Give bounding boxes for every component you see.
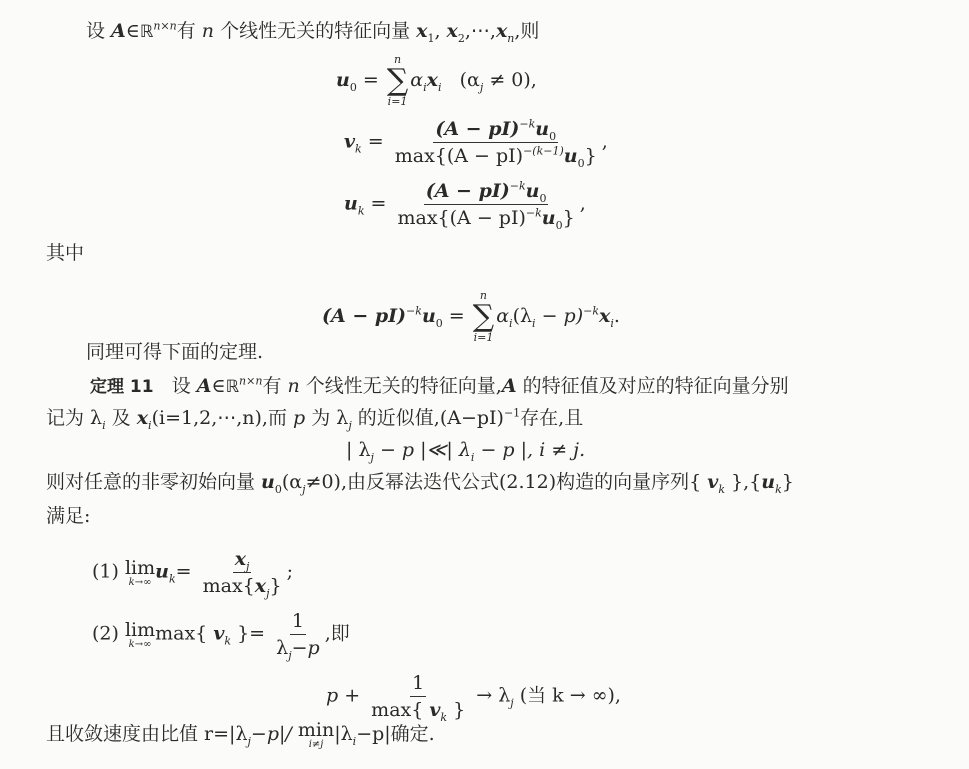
text: ≠0),由反幂法迭代公式(2.12)构造的向量序列{ [306, 471, 708, 493]
text: 设 [172, 375, 197, 397]
theorem-line-2: 记为 λi 及 xi(i=1,2,⋯,n),而 p 为 λj 的近似值,(A−p… [46, 406, 583, 430]
var-n: n [202, 20, 214, 42]
vec-u: u [761, 471, 775, 493]
equation-u0: u0 = n∑i=1αixi (αj ≠ 0), [336, 54, 537, 108]
text: − p) [536, 305, 584, 327]
numerator: (A − pI)−ku0 [433, 118, 558, 143]
equals: = [357, 69, 385, 91]
text: − p |≪| λ [374, 439, 471, 461]
in-symbol: ∈ [126, 20, 140, 42]
vec-x: x [137, 407, 148, 429]
text: −p [292, 637, 320, 659]
equals: = [443, 305, 471, 327]
vec-u: u [344, 193, 358, 215]
theorem-line-1: 定理 11 设 A∈ℝn×n有 n 个线性无关的特征向量,A 的特征值及对应的特… [90, 374, 789, 399]
arrow: → λ [470, 685, 510, 707]
vec-u: u [155, 561, 169, 583]
vec-x: x [427, 69, 438, 91]
theorem-condition: | λj − p |≪| λi − p |, i ≠ j. [346, 438, 585, 462]
denominator: λj−p [274, 635, 322, 659]
vec-u: u [535, 118, 549, 140]
limit: limk→∞ [125, 558, 155, 588]
vec-x: x [416, 20, 427, 42]
vec-x: x [599, 305, 610, 327]
text: max{(A − pI) [395, 145, 523, 167]
matrix-A: A [502, 375, 517, 397]
text: 有 [262, 375, 287, 397]
text: 为 λ [305, 407, 348, 429]
theorem-line-4: 满足: [46, 504, 90, 528]
vec-x: x [447, 20, 458, 42]
denominator: max{(A − pI)−(k−1)u0} [393, 143, 599, 167]
intro-line: 设 A∈ℝn×n有 n 个线性无关的特征向量 x1, x2,⋯,xn,则 [86, 19, 539, 44]
punct: ; [287, 561, 293, 583]
text: −p|/ [251, 723, 292, 745]
vec-u: u [526, 180, 540, 202]
sub: 0 [436, 317, 443, 330]
item-label: (2) [92, 623, 125, 645]
text: 及 [106, 407, 137, 429]
sub: j [246, 560, 249, 573]
text: } [270, 575, 282, 597]
text: max{ [371, 699, 429, 721]
text: |λ [334, 723, 352, 745]
lim-word: lim [125, 620, 155, 640]
sub: 0 [578, 157, 585, 170]
fraction: 1 λj−p [274, 610, 322, 659]
fraction: (A − pI)−ku0 max{(A − pI)−(k−1)u0} [393, 118, 599, 167]
min-operator: mini≠j [298, 720, 334, 750]
vec-v: v [429, 699, 440, 721]
var-p: p [293, 407, 305, 429]
sub: k [358, 204, 365, 217]
punct: . [614, 305, 620, 327]
vec-u: u [336, 69, 350, 91]
text: } [585, 145, 597, 167]
reals-symbol: ℝ [140, 22, 153, 42]
sum-lower: i=1 [474, 332, 494, 344]
sub: k [775, 483, 782, 496]
alpha: α [410, 69, 423, 91]
text: λ [276, 637, 288, 659]
equals: = [365, 193, 393, 215]
fraction: xj max{xj} [201, 548, 284, 597]
denominator: max{xj} [201, 573, 284, 597]
document-page: 设 A∈ℝn×n有 n 个线性无关的特征向量 x1, x2,⋯,xn,则 u0 … [0, 0, 969, 769]
item-label: (1) [92, 561, 125, 583]
sup: −(k−1) [523, 145, 564, 158]
text: 个线性无关的特征向量 [214, 20, 416, 42]
sup: −k [583, 305, 599, 318]
sub: 2 [458, 32, 465, 45]
in-symbol: ∈ [212, 375, 226, 397]
text: 记为 λ [46, 407, 102, 429]
sum-lower: i=1 [388, 96, 408, 108]
text: max{(A − pI) [398, 207, 526, 229]
sigma-symbol: ∑ [473, 302, 494, 332]
fraction: 1 max{ vk } [369, 672, 467, 721]
text: },{ [725, 471, 761, 493]
min-sub: i≠j [309, 740, 324, 750]
numerator: 1 [290, 610, 306, 635]
text: 且收敛速度由比值 r=|λ [46, 723, 248, 745]
text: } [447, 699, 465, 721]
var-p: p [326, 685, 338, 707]
sup: −1 [504, 407, 520, 420]
sup: −k [510, 180, 526, 193]
text: (λ [513, 305, 532, 327]
vec-v: v [344, 131, 355, 153]
text: 个线性无关的特征向量, [300, 375, 502, 397]
sub: 0 [275, 483, 282, 496]
vec-v: v [213, 623, 224, 645]
vec-u: u [422, 305, 436, 327]
var-n: n [287, 375, 299, 397]
equation-expand: (A − pI)−ku0 = n∑i=1αi(λi − p)−kxi. [322, 290, 620, 344]
text: 的近似值,(A−pI) [352, 407, 504, 429]
denominator: max{(A − pI)−ku0} [396, 205, 577, 229]
numerator: 1 [410, 672, 426, 697]
text: (A − pI) [435, 118, 519, 140]
summation: n∑i=1 [387, 54, 408, 108]
sub: 0 [539, 192, 546, 205]
text: | λ [346, 439, 370, 461]
plus: + [338, 685, 366, 707]
text: − p |, i ≠ j. [474, 439, 585, 461]
numerator: xj [233, 548, 252, 573]
condition: (当 k → ∞), [514, 685, 621, 707]
matrix-A: A [111, 20, 126, 42]
text: 设 [86, 20, 111, 42]
text: (α [282, 471, 302, 493]
punct: , [580, 193, 586, 215]
condition: (α [460, 69, 480, 91]
vec-u: u [542, 207, 556, 229]
alpha: α [496, 305, 509, 327]
condition: ≠ 0), [483, 69, 537, 91]
vec-x: x [235, 548, 246, 570]
matrix-A: A [197, 375, 212, 397]
text: (A − pI) [426, 180, 510, 202]
vec-x: x [496, 20, 507, 42]
sup: −k [406, 305, 422, 318]
sup: −k [519, 118, 535, 131]
equation-p: p + 1 max{ vk } → λj (当 k → ∞), [326, 672, 621, 721]
min-word: min [298, 720, 334, 740]
text: } [563, 207, 575, 229]
equation-vk: vk = (A − pI)−ku0 max{(A − pI)−(k−1)u0} … [344, 118, 608, 167]
equals: = [249, 623, 265, 645]
lim-sub: k→∞ [129, 578, 152, 588]
fraction: (A − pI)−ku0 max{(A − pI)−ku0} [396, 180, 577, 229]
reals-symbol: ℝ [226, 377, 239, 397]
text: ,则 [514, 20, 539, 42]
vec-u: u [261, 471, 275, 493]
sigma-symbol: ∑ [387, 66, 408, 96]
sub: 1 [427, 32, 434, 45]
punct: , [602, 131, 608, 153]
dim-sup: n×n [153, 20, 176, 33]
sub: 0 [556, 219, 563, 232]
vec-u: u [564, 145, 578, 167]
text: max{ [203, 575, 255, 597]
sub: k [169, 572, 176, 585]
text: max{ [155, 623, 213, 645]
text: (A − pI) [322, 305, 406, 327]
text: −p|确定. [356, 723, 435, 745]
conclusion-line: 且收敛速度由比值 r=|λj−p|/ mini≠j|λi−p|确定. [46, 720, 435, 750]
sub: i [438, 81, 442, 94]
sup: −k [526, 207, 542, 220]
limit: limk→∞ [125, 620, 155, 650]
similarly-text: 同理可得下面的定理. [86, 340, 263, 364]
theorem-line-3: 则对任意的非零初始向量 u0(αj≠0),由反幂法迭代公式(2.12)构造的向量… [46, 470, 794, 494]
sub: 0 [549, 130, 556, 143]
equals: = [176, 561, 192, 583]
text: } [231, 623, 249, 645]
punct: ,即 [325, 623, 350, 645]
summation: n∑i=1 [473, 290, 494, 344]
sub: 0 [350, 81, 357, 94]
lim-sub: k→∞ [129, 640, 152, 650]
text: 有 [177, 20, 202, 42]
sub: k [718, 483, 725, 496]
dots: ,⋯, [465, 20, 496, 42]
text: } [782, 471, 794, 493]
lim-word: lim [125, 558, 155, 578]
vec-x: x [255, 575, 266, 597]
sub: k [355, 142, 362, 155]
numerator: (A − pI)−ku0 [424, 180, 549, 205]
item-1: (1) limk→∞uk= xj max{xj} ; [92, 548, 293, 597]
text: 的特征值及对应的特征向量分别 [517, 375, 789, 397]
vec-v: v [707, 471, 718, 493]
item-2: (2) limk→∞max{ vk }= 1 λj−p ,即 [92, 610, 350, 659]
text: 存在,且 [520, 407, 583, 429]
where-text: 其中 [46, 241, 84, 265]
denominator: max{ vk } [369, 697, 467, 721]
sup: n×n [239, 375, 262, 388]
equation-uk: uk = (A − pI)−ku0 max{(A − pI)−ku0} , [344, 180, 586, 229]
theorem-label: 定理 11 [90, 377, 154, 397]
text: (i=1,2,⋯,n),而 [152, 407, 293, 429]
text: 则对任意的非零初始向量 [46, 471, 261, 493]
equals: = [362, 131, 390, 153]
